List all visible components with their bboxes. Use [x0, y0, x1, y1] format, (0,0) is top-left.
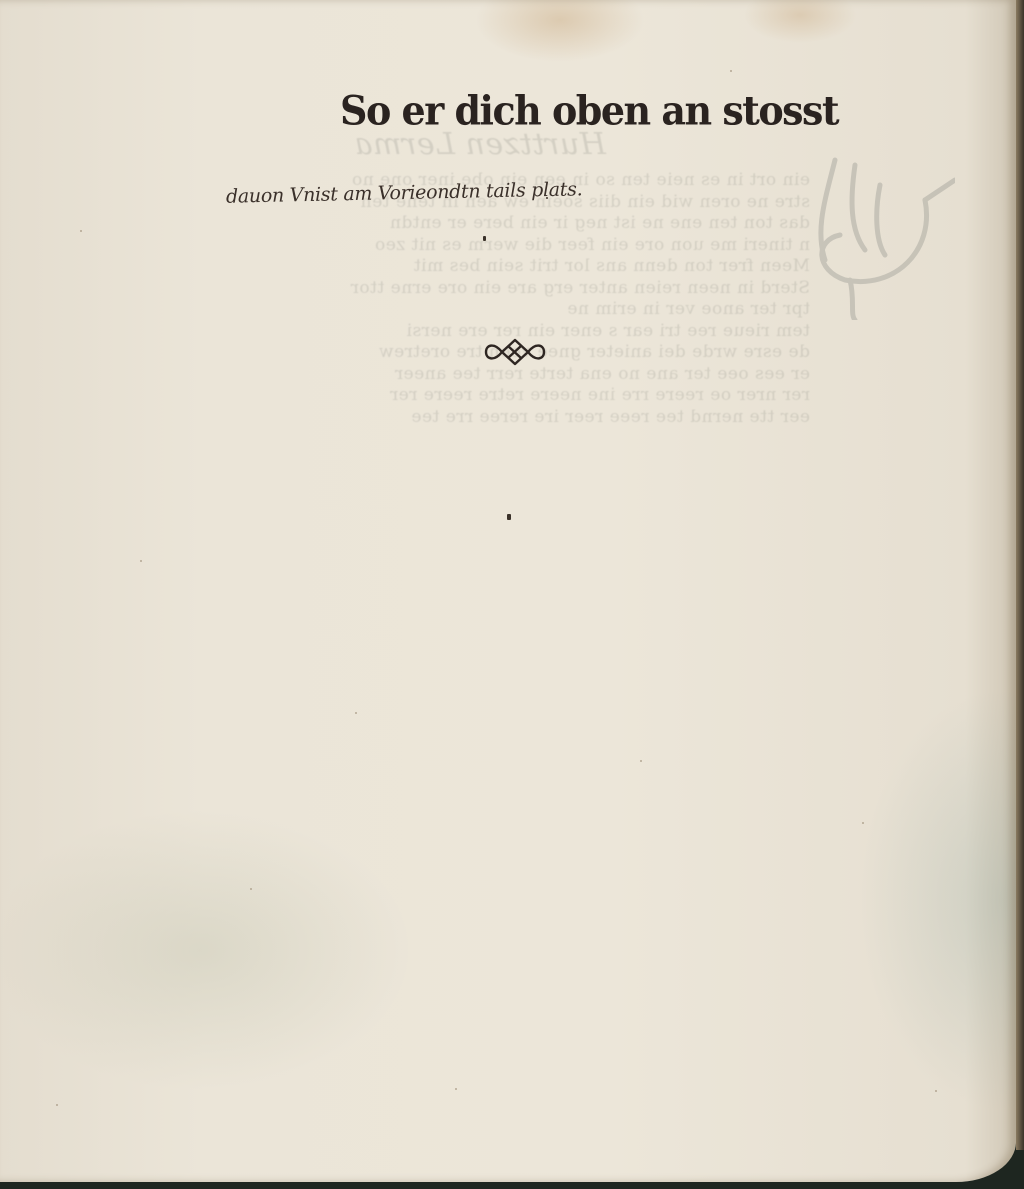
- paper-speck: [56, 1104, 58, 1106]
- paper-speck: [355, 712, 357, 714]
- ink-mark: [507, 514, 511, 520]
- paper-speck: [140, 560, 142, 562]
- bleed-line: n tineri me uon ore ein feer die werm es…: [150, 235, 810, 257]
- paper-speck: [80, 230, 82, 232]
- bleed-line: tpr ter anoe ver in erim ne: [150, 299, 810, 321]
- paper-speck: [455, 1088, 457, 1090]
- bleed-line: de esre wrde dei anieter gnee veen tre o…: [150, 342, 810, 364]
- paper-speck: [935, 1090, 937, 1092]
- bleed-flourish-icon: [795, 140, 955, 320]
- ink-mark: [483, 236, 486, 241]
- bleed-line: tem rieue ree tri ear s ener ein rer ere…: [150, 321, 810, 343]
- manuscript-page: Hurttzen Lerma ein ort in es neie ten so…: [0, 0, 1016, 1182]
- bleed-line: rer nrer oe reere rre ine neere retre re…: [150, 385, 810, 407]
- page-heading: So er dich oben an stosst: [340, 87, 838, 134]
- bleed-line: eer tte nernd tee reee reer ire reree rr…: [150, 407, 810, 429]
- paper-speck: [640, 760, 642, 762]
- bleed-line: Sterd in neen reien anter erg are ein or…: [150, 278, 810, 300]
- bleed-line: das ton ten ene ne ist neg ir ein bere e…: [150, 213, 810, 235]
- bleed-line: Meen frer ton denn ans lor trit sein bes…: [150, 256, 810, 278]
- paper-speck: [730, 70, 732, 72]
- ink-mark: [546, 197, 548, 199]
- paper-speck: [250, 888, 252, 890]
- paper-speck: [862, 822, 864, 824]
- page-edge: [1016, 0, 1024, 1150]
- bleed-line: er ees oee ter ane no ena terte rerr tee…: [150, 364, 810, 386]
- knot-ornament-icon: [484, 337, 546, 367]
